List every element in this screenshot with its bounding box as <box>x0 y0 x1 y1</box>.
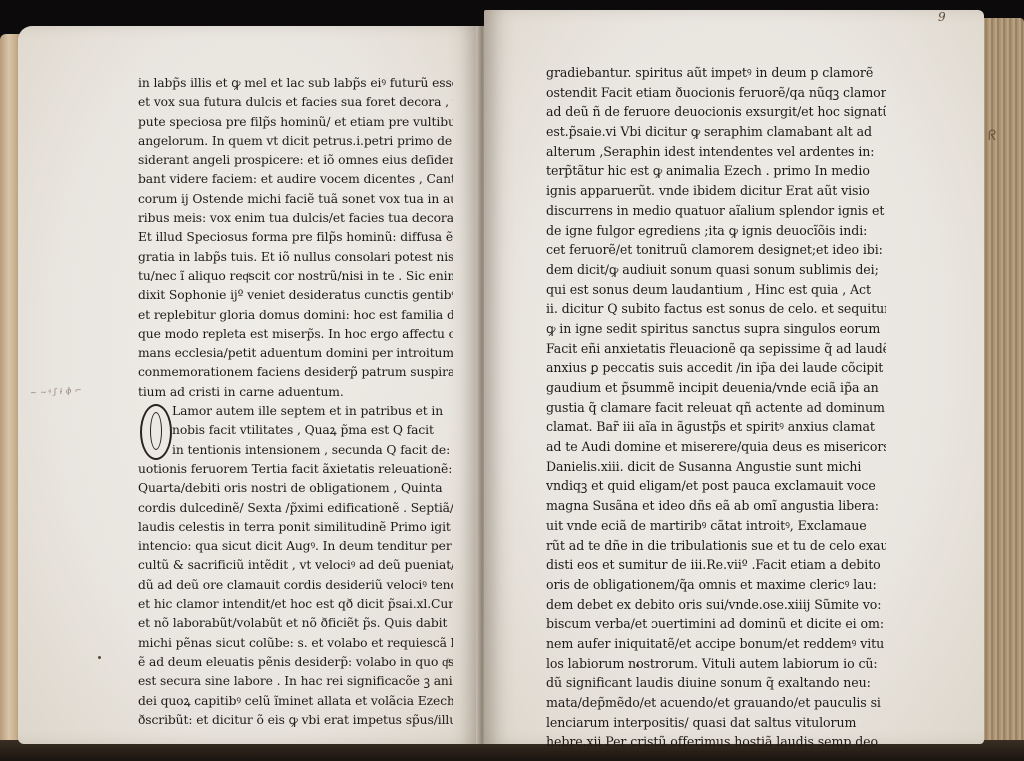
text-line: Et illud Speciosus forma pre filp̃s homi… <box>138 228 453 247</box>
left-page-text: in labp̃s illis et ꝙ mel et lac sub labp… <box>138 74 453 730</box>
right-page-stack-edge: ᖇ <box>982 18 1024 746</box>
text-line: oris de obligationem/q̃a omnis et maxime… <box>546 575 886 595</box>
right-page: 9 gradiebantur. spiritus aũt impetꝰ in d… <box>484 10 984 744</box>
text-line: ẽ ad deum eleuatis pẽnis desiderp̃: vola… <box>138 653 453 672</box>
text-line: ðscribũt: et dicitur õ eis ꝙ vbi erat im… <box>138 711 453 730</box>
text-line: michi pẽnas sicut colũbe: s. et volabo e… <box>138 634 453 653</box>
text-line: biscum verba/et ɔuertimini ad dominũ et … <box>546 614 886 634</box>
text-line: tium ad cristi in carne aduentum. <box>138 383 453 402</box>
text-line: Quarta/debiti oris nostri de obligatione… <box>138 479 453 498</box>
text-line: nem aufer iniquitatẽ/et accipe bonum/et … <box>546 634 886 654</box>
open-book: ᖇ ~ ~ꝰ ʃ ɨ ɸ ⌐ in labp̃s illis et ꝙ mel … <box>0 0 1024 761</box>
text-line: et replebitur gloria domus domini: hoc e… <box>138 306 453 325</box>
text-line: Lamor autem ille septem et in patribus e… <box>138 402 453 421</box>
text-line: dũ significant laudis diuine sonum q̃ ex… <box>546 673 886 693</box>
text-line: magna Susãna et ideo dñs eã ab omĩ angus… <box>546 496 886 516</box>
text-line: gustia q̃ clamare facit releuat qñ acten… <box>546 398 886 418</box>
text-line: disti eos et sumitur de iii.Re.viiº .Fac… <box>546 555 886 575</box>
left-page: ~ ~ꝰ ʃ ɨ ɸ ⌐ in labp̃s illis et ꝙ mel et… <box>18 26 480 744</box>
text-line: mans ecclesia/petit aduentum domini per … <box>138 344 453 363</box>
text-line: hebre.xii Per cristũ offerimus hostiã la… <box>546 732 886 752</box>
text-line: est secura sine labore . In hac rei sign… <box>138 672 453 691</box>
right-page-text: gradiebantur. spiritus aũt impetꝰ in deu… <box>546 63 886 752</box>
text-line: alterum ,Seraphin idest intendentes vel … <box>546 142 886 162</box>
text-line: ostendit Facit etiam ðuocionis feruorẽ/q… <box>546 83 886 103</box>
text-line: Danielis.xiii. dicit de Susanna Angustie… <box>546 457 886 477</box>
text-line: discurrens in medio quatuor aĩalium sple… <box>546 201 886 221</box>
text-line: corum ij Ostende michi faciẽ tuã sonet v… <box>138 190 453 209</box>
text-line: rũt ad te dñe in die tribulationis sue e… <box>546 536 886 556</box>
text-line: ꝙ in igne sedit spiritus sanctus supra s… <box>546 319 886 339</box>
text-line: bant videre faciem: et audire vocem dice… <box>138 170 453 189</box>
text-line: vndiqꝫ et quid eligam/et post pauca excl… <box>546 476 886 496</box>
text-line: los labiorum nostrorum. Vituli autem lab… <box>546 654 886 674</box>
paragraph-with-initial: C Lamor autem ille septem et in patribus… <box>138 402 453 460</box>
text-line: in tentionis intensionem , secunda Q fac… <box>138 441 453 460</box>
text-line: gaudium et p̃summẽ incipit deuenia/vnde … <box>546 378 886 398</box>
text-line: uotionis feruorem Tertia facit ãxietatis… <box>138 460 453 479</box>
text-line: gratia in labp̃s tuis. Et iõ nullus cons… <box>138 248 453 267</box>
paper-spot <box>98 656 101 659</box>
folio-number: 9 <box>938 10 946 24</box>
text-line: uit vnde eciã de martiribꝰ cãtat introit… <box>546 516 886 536</box>
text-line: laudis celestis in terra ponit similitud… <box>138 518 453 537</box>
text-line: dei quoꝝ capitibꝰ celũ ĩminet allata et … <box>138 692 453 711</box>
text-line: lenciarum interpositis/ quasi dat saltus… <box>546 713 886 733</box>
text-line: dixit Sophonie ijº veniet desideratus cu… <box>138 286 453 305</box>
text-line: tu/nec ĩ aliquo reqͤscit cor nostrũ/nisi… <box>138 267 453 286</box>
text-line: ignis apparuerũt. vnde ibidem dicitur Er… <box>546 181 886 201</box>
text-line: angelorum. In quem vt dicit petrus.i.pet… <box>138 132 453 151</box>
text-line: de igne fulgor egrediens ;ita ꝙ ignis de… <box>546 221 886 241</box>
text-line: et hic clamor intendit/et hoc est qð dic… <box>138 595 453 614</box>
text-line: anxius ꝑ peccatis suis accedit /in ip̃a … <box>546 358 886 378</box>
text-line: mata/dep̃mẽdo/et acuendo/et grauando/et … <box>546 693 886 713</box>
text-line: cultũ & sacrificiũ intẽdit , vt velociꝰ … <box>138 556 453 575</box>
text-line: clamat. Bar̃ iii aĩa in ãgustp̃s et spir… <box>546 417 886 437</box>
margin-note: ~ ~ꝰ ʃ ɨ ɸ ⌐ <box>30 385 83 399</box>
text-line: intencio: qua sicut dicit Augꝰ. In deum … <box>138 537 453 556</box>
text-line: terp̃tãtur hic est ꝙ animalia Ezech . pr… <box>546 161 886 181</box>
text-line: gradiebantur. spiritus aũt impetꝰ in deu… <box>546 63 886 83</box>
text-line: que modo repleta est miserp̃s. In hoc er… <box>138 325 453 344</box>
edge-ink-mark: ᖇ <box>988 128 996 144</box>
text-line: conmemorationem faciens desiderp̃ patrum… <box>138 363 453 382</box>
decorated-initial-letter: C <box>140 404 172 460</box>
text-line: cet feruorẽ/et tonitruũ clamorem designe… <box>546 240 886 260</box>
text-line: est.p̃saie.vi Vbi dicitur ꝙ seraphim cla… <box>546 122 886 142</box>
text-line: siderant angeli prospicere: et iõ omnes … <box>138 151 453 170</box>
text-line: dem debet ex debito oris sui/vnde.ose.xi… <box>546 595 886 615</box>
text-line: qui est sonus deum laudantium , Hinc est… <box>546 280 886 300</box>
text-line: ad te Audi domine et miserere/quia deus … <box>546 437 886 457</box>
text-line: pute speciosa pre filp̃s hominũ/ et etia… <box>138 113 453 132</box>
text-line: dũ ad deũ ore clamauit cordis desideriũ … <box>138 576 453 595</box>
text-line: dem dicit/ꝙ audiuit sonum quasi sonum su… <box>546 260 886 280</box>
text-line: in labp̃s illis et ꝙ mel et lac sub labp… <box>138 74 453 93</box>
text-line: Facit eñi anxietatis r̃leuacionẽ qa sepi… <box>546 339 886 359</box>
text-line: et vox sua futura dulcis et facies sua f… <box>138 93 453 112</box>
text-line: ad deũ ñ de feruore deuocionis exsurgit/… <box>546 102 886 122</box>
text-line: cordis dulcedinẽ/ Sexta /p̃ximi edificat… <box>138 499 453 518</box>
text-line: nobis facit vtilitates , Quaꝝ p̃ma est Q… <box>138 421 453 440</box>
text-line: et nõ laborabũt/volabũt et nõ ðficiẽt p̃… <box>138 614 453 633</box>
text-line: ii. dicitur Q subito factus est sonus de… <box>546 299 886 319</box>
text-line: ribus meis: vox enim tua dulcis/et facie… <box>138 209 453 228</box>
